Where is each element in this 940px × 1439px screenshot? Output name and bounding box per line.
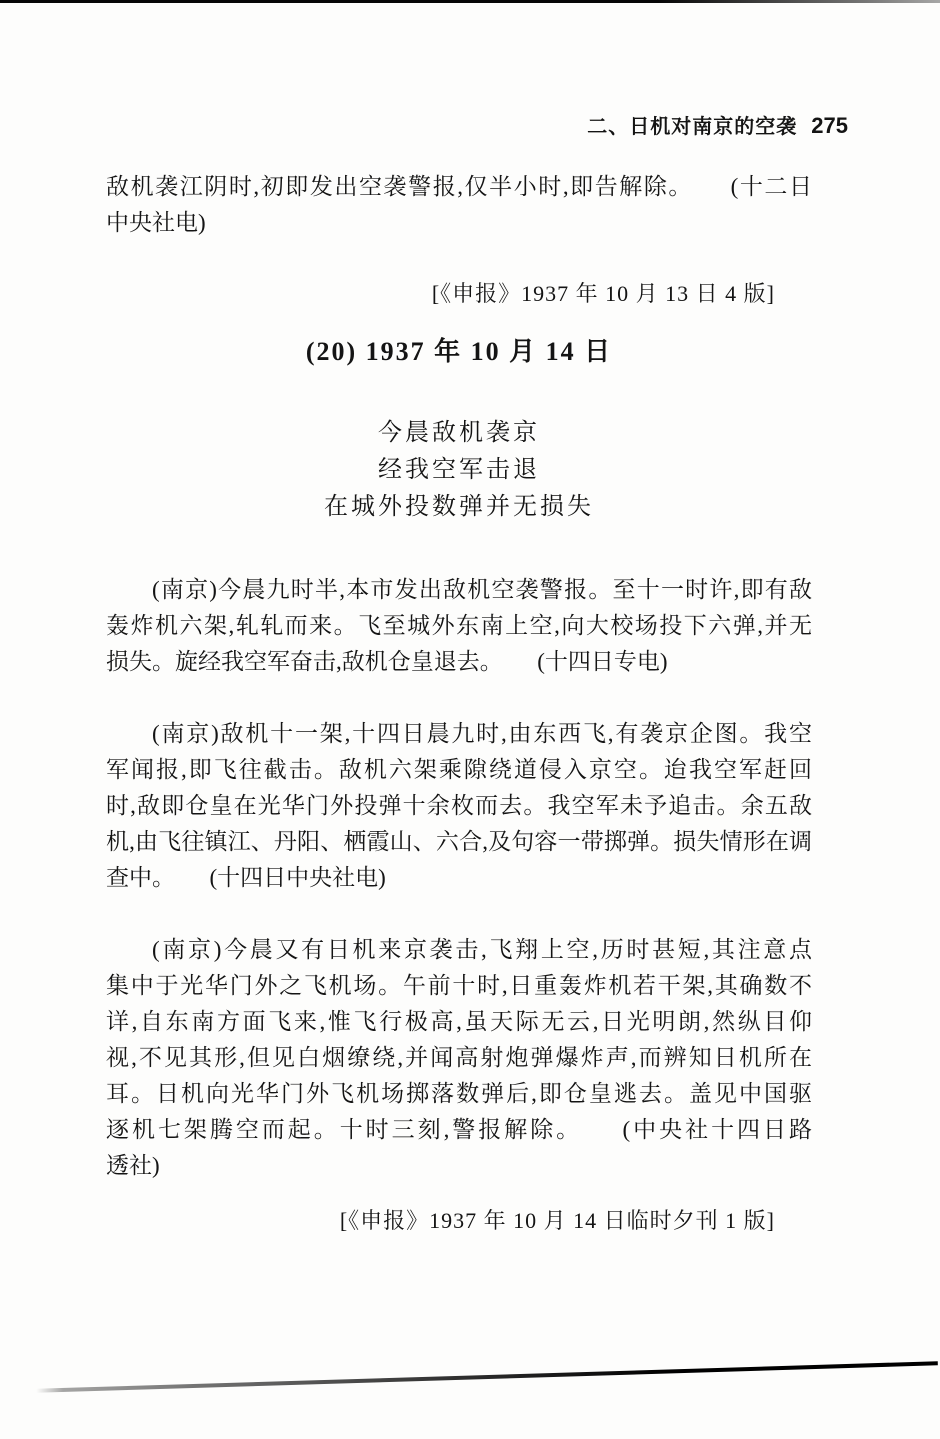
- text-line: 查中。 (十四日中央社电): [106, 860, 812, 896]
- page-number: 275: [811, 113, 848, 138]
- article-headline: 今晨敌机袭京 经我空军击退 在城外投数弹并无损失: [106, 415, 812, 526]
- headline-line: 经我空军击退: [106, 452, 812, 489]
- source-citation-top: [《申报》1937 年 10 月 13 日 4 版]: [106, 279, 812, 309]
- news-paragraph: (南京)今晨又有日机来京袭击,飞翔上空,历时甚短,其注意点 集中于光华门外之飞机…: [106, 932, 812, 1184]
- text-column: 敌机袭江阴时,初即发出空袭警报,仅半小时,即告解除。 (十二日 中央社电) [《…: [106, 169, 812, 1236]
- text-line: 轰炸机六架,轧轧而来。飞至城外东南上空,向大校场投下六弹,并无: [106, 608, 812, 644]
- text-line: 集中于光华门外之飞机场。午前十时,日重轰炸机若干架,其确数不: [106, 968, 812, 1004]
- text-line: 透社): [106, 1148, 812, 1184]
- scanned-book-page: 二、日机对南京的空袭 275 敌机袭江阴时,初即发出空袭警报,仅半小时,即告解除…: [0, 0, 940, 1439]
- scan-artifact-bottom-edge: [36, 1361, 938, 1393]
- text-line: 中央社电): [106, 205, 812, 241]
- text-line: 军闻报,即飞往截击。敌机六架乘隙绕道侵入京空。迨我空军赶回: [106, 752, 812, 788]
- entry-date-heading: (20) 1937 年 10 月 14 日: [106, 335, 812, 369]
- news-paragraph: (南京)今晨九时半,本市发出敌机空袭警报。至十一时许,即有敌 轰炸机六架,轧轧而…: [106, 572, 812, 680]
- text-line: (南京)今晨九时半,本市发出敌机空袭警报。至十一时许,即有敌: [106, 572, 812, 608]
- news-paragraph: (南京)敌机十一架,十四日晨九时,由东西飞,有袭京企图。我空 军闻报,即飞往截击…: [106, 716, 812, 896]
- section-title: 二、日机对南京的空袭: [587, 116, 797, 138]
- text-line: 逐机七架腾空而起。十时三刻,警报解除。 (中央社十四日路: [106, 1112, 812, 1148]
- text-line: 时,敌即仓皇在光华门外投弹十余枚而去。我空军未予追击。余五敌: [106, 788, 812, 824]
- text-line: 敌机袭江阴时,初即发出空袭警报,仅半小时,即告解除。 (十二日: [106, 169, 812, 205]
- running-header: 二、日机对南京的空袭 275: [106, 112, 848, 143]
- text-line: (南京)今晨又有日机来京袭击,飞翔上空,历时甚短,其注意点: [106, 932, 812, 968]
- text-line: 耳。日机向光华门外飞机场掷落数弹后,即仓皇逃去。盖见中国驱: [106, 1076, 812, 1112]
- intro-paragraph: 敌机袭江阴时,初即发出空袭警报,仅半小时,即告解除。 (十二日 中央社电): [106, 169, 812, 241]
- headline-line: 在城外投数弹并无损失: [106, 489, 812, 526]
- text-line: 机,由飞往镇江、丹阳、栖霞山、六合,及句容一带掷弹。损失情形在调: [106, 824, 812, 860]
- scan-artifact-top-edge: [0, 0, 940, 3]
- text-line: 损失。旋经我空军奋击,敌机仓皇退去。 (十四日专电): [106, 644, 812, 680]
- text-line: 详,自东南方面飞来,惟飞行极高,虽天际无云,日光明朗,然纵目仰: [106, 1004, 812, 1040]
- text-line: (南京)敌机十一架,十四日晨九时,由东西飞,有袭京企图。我空: [106, 716, 812, 752]
- headline-line: 今晨敌机袭京: [106, 415, 812, 452]
- text-line: 视,不见其形,但见白烟缭绕,并闻高射炮弹爆炸声,而辨知日机所在: [106, 1040, 812, 1076]
- source-citation-bottom: [《申报》1937 年 10 月 14 日临时夕刊 1 版]: [106, 1206, 812, 1236]
